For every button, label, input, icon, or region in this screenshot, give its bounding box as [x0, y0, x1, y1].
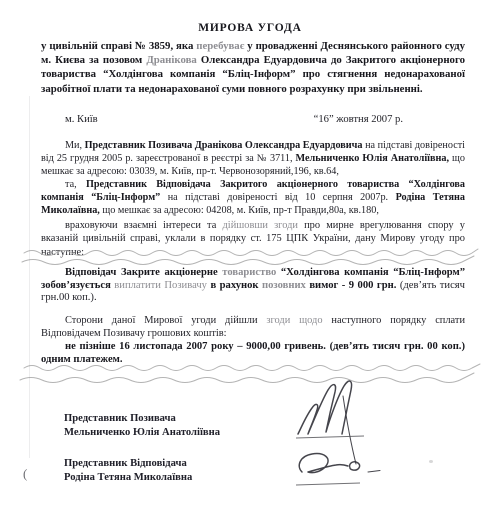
payment-terms-paragraph: не пізніше 16 листопада 2007 року – 9000…: [41, 340, 465, 366]
text-segment: вимог - 9 000 грн.: [309, 280, 400, 291]
signatures-area: [288, 378, 408, 493]
plaintiff-signature-block: Представник Позивача Мельниченко Юлія Ан…: [64, 412, 220, 439]
parties-section: Ми, Представник Позивача Дранікова Олекс…: [41, 139, 465, 218]
text-segment: Дранікова: [146, 54, 197, 66]
text-segment: дійшовши згоди: [223, 220, 298, 231]
text-segment: згоди щодо: [266, 315, 322, 326]
dateline: м. Київ “16” жовтня 2007 р.: [41, 114, 465, 125]
text-segment: Ми,: [65, 140, 85, 151]
defendant-representative-paragraph: та, Представник Відповідача Закритого ак…: [41, 178, 465, 217]
text-segment: Сторони даної Мирової угоди дійшли: [65, 315, 266, 326]
defendant-representative-name: Родіна Тетяна Миколаївна: [64, 471, 192, 485]
text-segment: перебуває: [196, 40, 244, 52]
text-segment: товариство: [222, 267, 281, 278]
payment-order-paragraph: Сторони даної Мирової угоди дійшли згоди…: [41, 314, 465, 340]
defendant-signature-block: Представник Відповідача Родіна Тетяна Ми…: [64, 457, 192, 484]
text-segment: Мельниченко Юлія Анатоліївна,: [296, 153, 450, 164]
text-segment: виплатити Позивачу: [114, 280, 210, 291]
scan-speck: [429, 460, 433, 463]
document-date: “16” жовтня 2007 р.: [314, 114, 403, 125]
plaintiff-representative-role: Представник Позивача: [64, 412, 220, 426]
text-segment: на підставі довіреності від 10 серпня 20…: [168, 192, 396, 203]
text-segment: не пізніше 16 листопада 2007 року – 9000…: [41, 341, 465, 365]
scanned-settlement-agreement: МИРОВА УГОДА у цивільній справі № 3859, …: [0, 0, 500, 510]
defendant-signature-dash-icon: [368, 471, 380, 473]
text-segment: враховуючи взаємні інтереси та: [65, 220, 223, 231]
text-segment: в рахунок: [210, 280, 262, 291]
scan-edge-artifact: [29, 96, 30, 458]
text-segment: позовних: [262, 280, 309, 291]
defendant-representative-role: Представник Відповідача: [64, 457, 192, 471]
defendant-signature-underline: [296, 483, 360, 485]
case-intro-paragraph: у цивільній справі № 3859, яка перебуває…: [41, 39, 465, 96]
margin-scan-mark: (: [23, 466, 27, 482]
document-place: м. Київ: [65, 114, 98, 125]
plaintiff-representative-name: Мельниченко Юлія Анатоліївна: [64, 426, 220, 440]
defendant-signature-loop-icon: [350, 462, 360, 470]
plaintiff-representative-paragraph: Ми, Представник Позивача Дранікова Олекс…: [41, 139, 465, 178]
text-segment: Представник Позивача Дранікова Олександр…: [85, 140, 365, 151]
defendant-signature-icon: [299, 454, 348, 473]
plaintiff-signature-tail-icon: [343, 396, 356, 464]
plaintiff-signature-underline: [296, 436, 364, 438]
text-segment: та,: [65, 179, 86, 190]
text-segment: Відповідач Закрите акціонерне: [65, 267, 222, 278]
text-segment: у цивільній справі № 3859, яка: [41, 40, 196, 52]
plaintiff-signature-icon: [298, 381, 352, 434]
preamble-paragraph: враховуючи взаємні інтереси та дійшовши …: [41, 219, 465, 259]
document-title: МИРОВА УГОДА: [0, 22, 500, 34]
text-segment: що мешкає за адресою: 04208, м. Київ, пр…: [100, 205, 379, 216]
obligation-paragraph: Відповідач Закрите акціонерне товариство…: [41, 267, 465, 305]
